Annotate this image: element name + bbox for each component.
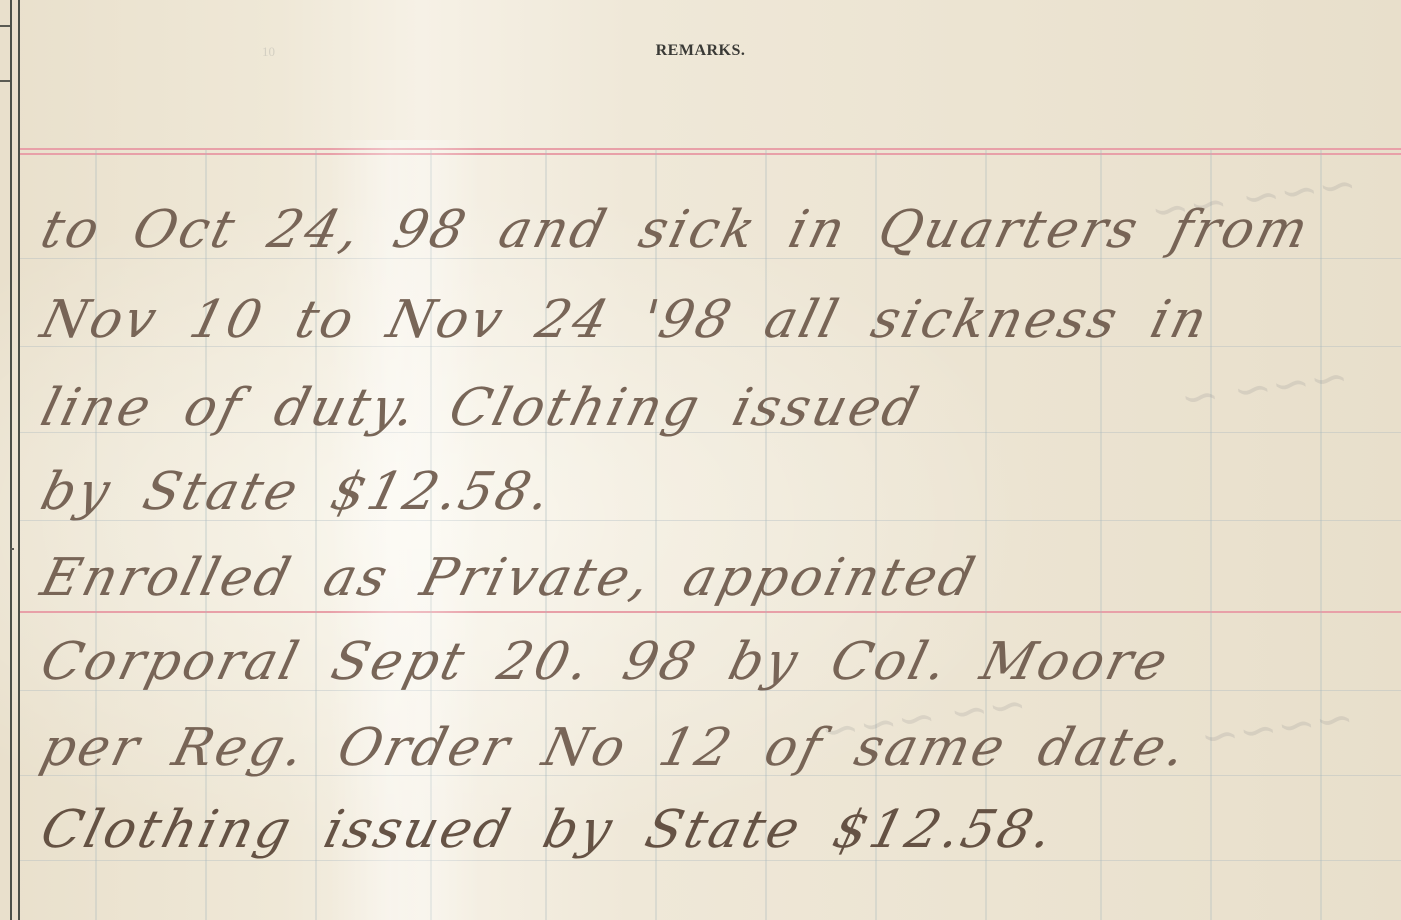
handwritten-line: line of duty. Clothing issued	[35, 378, 927, 438]
handwritten-line: by State $12.58.	[35, 462, 559, 522]
column-line	[1100, 150, 1102, 920]
left-margin-rule-inner	[18, 0, 20, 920]
pink-rule-top	[20, 148, 1401, 150]
handwritten-line: Corporal Sept 20. 98 by Col. Moore	[35, 632, 1176, 692]
bleed-through-text: ~~~ ~	[1177, 349, 1352, 426]
handwritten-line: Nov 10 to Nov 24 '98 all sickness in	[35, 290, 1216, 350]
pink-rule-top-double	[20, 153, 1401, 155]
column-line	[1320, 150, 1322, 920]
pink-rule-entry-separator	[20, 611, 1401, 613]
ledger-page: 10 REMARKS. ~~~ ~~ ~~~ ~ ~~~~ ~~ ~~~ to …	[0, 0, 1401, 920]
column-line	[1210, 150, 1212, 920]
margin-tick	[0, 25, 10, 27]
margin-tick	[10, 548, 14, 550]
handwritten-line: to Oct 24, 98 and sick in Quarters from	[35, 200, 1317, 260]
handwritten-line: per Reg. Order No 12 of same date.	[35, 718, 1195, 778]
margin-tick	[0, 80, 10, 82]
handwritten-line: Enrolled as Private, appointed	[35, 548, 983, 608]
page-title: REMARKS.	[0, 42, 1401, 60]
bleed-through-text: ~~~~	[1197, 690, 1357, 765]
left-margin-rule	[10, 0, 12, 920]
ruled-line	[20, 860, 1401, 861]
handwritten-line: Clothing issued by State $12.58.	[35, 800, 1061, 860]
